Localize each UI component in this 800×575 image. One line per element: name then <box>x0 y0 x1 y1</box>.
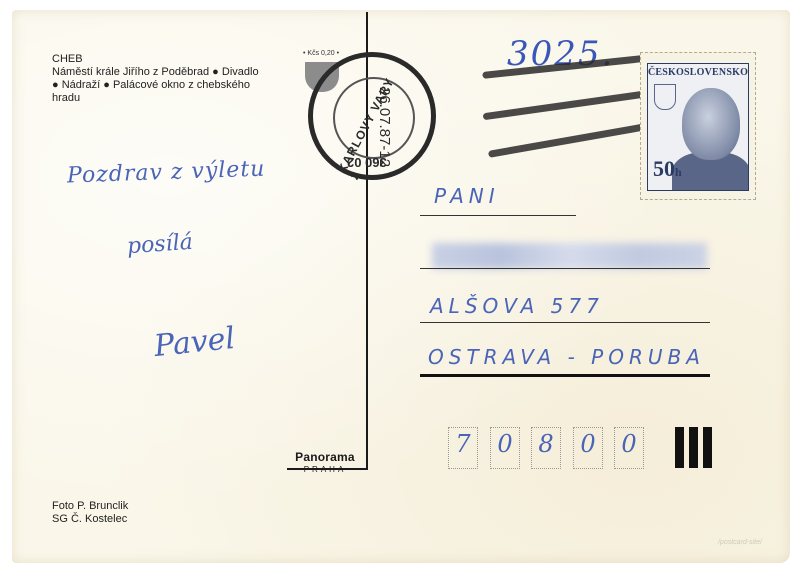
watermark: /postcard-site/ <box>718 539 762 546</box>
postage-stamp: ČESKOSLOVENSKO 50h <box>640 52 756 200</box>
portrait-head-icon <box>682 88 740 160</box>
stamp-country: ČESKOSLOVENSKO <box>648 67 748 78</box>
sorting-bar <box>689 427 698 468</box>
zip-digit: 0 <box>615 430 643 458</box>
lion-emblem-icon <box>654 84 676 110</box>
sorting-bar <box>675 427 684 468</box>
message-line-1: Pozdrav z výletu <box>67 157 266 189</box>
postmark-zip: 360 02 <box>347 155 387 170</box>
message-line-2: posílá <box>126 230 193 260</box>
publisher-logo: Panorama PRAHA <box>290 450 360 474</box>
sg-credit: SG Č. Kostelec <box>52 513 128 526</box>
publisher-city: PRAHA <box>290 465 360 474</box>
stamp-value-number: 50 <box>653 156 675 181</box>
address-line-thick <box>420 374 710 377</box>
postmark: KARLOVY VARY 2 26.07.87-12 360 02 <box>308 52 436 180</box>
address-line <box>420 215 576 216</box>
address-line <box>420 268 710 269</box>
stamp-value: 50h <box>653 156 682 182</box>
address-name-redacted <box>432 243 707 269</box>
photo-credit: Foto P. Brunclik <box>52 500 128 513</box>
sorting-bar <box>703 427 712 468</box>
caption-line: hradu <box>52 92 352 105</box>
zip-digit: 0 <box>491 430 519 458</box>
address-city: OSTRAVA - PORUBA <box>428 345 705 369</box>
zip-digit: 0 <box>574 430 602 458</box>
zip-digit: 8 <box>532 430 560 458</box>
preprinted-price: • Kčs 0,20 • <box>303 50 339 57</box>
photo-credits: Foto P. Brunclik SG Č. Kostelec <box>52 500 128 526</box>
publisher-name: Panorama <box>290 450 360 464</box>
signature: Pavel <box>152 321 236 364</box>
zip-digit: 7 <box>449 430 477 458</box>
address-salutation: PANI <box>434 184 500 208</box>
address-street: ALŠOVA 577 <box>430 294 604 318</box>
stamp-design: ČESKOSLOVENSKO 50h <box>647 63 749 191</box>
stamp-value-unit: h <box>675 165 682 179</box>
address-line <box>420 322 710 323</box>
